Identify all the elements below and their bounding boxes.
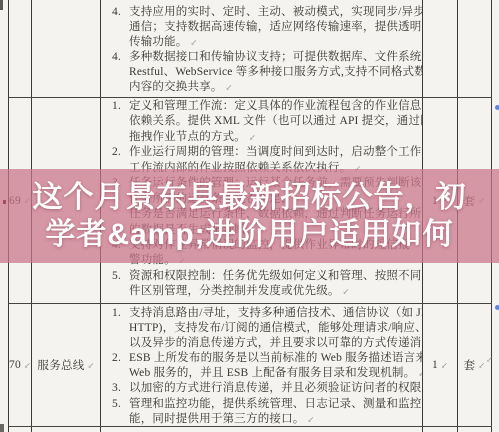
line-text: 能，同时提供用于第三方的接口。 — [129, 413, 305, 425]
table-row: 70↙服务总线↙1.支持消息路由/寻址，支持多种通信技术、通信协议（如 JMS、… — [9, 304, 492, 427]
requirement-line: 能，同时提供用于第三方的接口。↙ — [101, 412, 422, 426]
line-text: 资源和权限控制：任务优先级如何定义和管理、按照不同的条 — [129, 270, 422, 282]
requirements-cell: 1.支持消息路由/寻址，支持多种通信技术、通信协议（如 JMS、HTTP)，支持… — [101, 304, 423, 426]
return-mark-icon: ↙ — [191, 38, 198, 47]
requirement-line: 5.资源和权限控制：任务优先级如何定义和管理、按照不同的条 — [101, 269, 422, 284]
row-number-cell — [9, 427, 32, 432]
scan-speck-red — [3, 200, 6, 204]
requirement-line: 1.定义和管理工作流：定义具体的作业流程包含的作业信息以及 — [101, 99, 422, 114]
line-text: 支持消息路由/寻址，支持多种通信技术、通信协议（如 JMS、 — [129, 307, 422, 319]
return-mark-icon: ↙ — [308, 415, 315, 424]
item-name-cell: 服务总线↙ — [32, 304, 101, 426]
line-text: 作业运行周期的管理：当调度时间到达时，启动整个工作流， — [129, 146, 422, 158]
requirement-line: 4.支持应用的实时、定时、主动、被动模式，实现同步/异步消息 — [101, 5, 422, 20]
quantity-cell: 1↙ — [423, 304, 458, 426]
margin-dot-icon — [495, 305, 499, 310]
return-mark-icon: ↙ — [24, 361, 31, 370]
requirement-line: Web 服务的，并且 ESB 上配备有服务目录和发现机制。↙ — [101, 366, 422, 381]
row-number-cell — [9, 0, 32, 97]
line-text: 以加密的方式进行消息传递，并且必须验证访问者的权限。 — [129, 382, 422, 394]
line-text: ESB 上所发布的服务是以当前标准的 Web 服务描述语言来定义 — [129, 352, 422, 364]
banner-title-line-1: 这个月景东县最新招标公告，初 — [33, 179, 467, 217]
requirement-line: 通信；支持数据高速传输，适应网络传输速率，提供透明压缩 — [101, 20, 422, 35]
line-number: 4. — [112, 5, 129, 20]
line-text: 定义和管理工作流：定义具体的作业流程包含的作业信息以及 — [129, 100, 422, 112]
requirement-line: 2.作业运行周期的管理：当调度时间到达时，启动整个工作流， — [101, 145, 422, 160]
return-mark-icon: ↙ — [226, 83, 233, 92]
unit-cell — [458, 0, 492, 97]
requirements-cell: 4.支持应用的实时、定时、主动、被动模式，实现同步/异步消息通信；支持数据高速传… — [101, 0, 423, 97]
margin-dot-icon — [495, 105, 499, 110]
requirement-line: 以及异步的消息传递方式，并且要求以可靠的方式传递消息。↙ — [101, 336, 422, 351]
scan-speck-bottom-left — [0, 424, 4, 432]
requirement-line: 1.支持消息路由/寻址，支持多种通信技术、通信协议（如 JMS、 — [101, 306, 422, 321]
requirement-line: 传输功能。↙ — [101, 35, 422, 50]
requirement-line: 2.ESB 上所发布的服务是以当前标准的 Web 服务描述语言来定义 — [101, 351, 422, 366]
item-name-cell — [32, 0, 101, 97]
row-number-cell: 70↙ — [9, 304, 32, 426]
return-mark-icon: ↙ — [418, 369, 422, 378]
table-row: 4.支持应用的实时、定时、主动、被动模式，实现同步/异步消息通信；支持数据高速传… — [9, 0, 492, 98]
line-text: 内容的交换共享。 — [129, 81, 223, 93]
margin-return-mark-icon: ↙ — [486, 357, 493, 363]
table-row — [9, 427, 492, 432]
return-mark-icon: ↙ — [478, 361, 485, 370]
return-mark-icon: ↙ — [441, 361, 448, 370]
return-mark-icon: ↙ — [343, 287, 350, 296]
requirements-cell — [101, 427, 423, 432]
unit-cell: 套↙ — [458, 304, 492, 426]
line-text: 多种数据接口和传输协议支持；可提供数据库、文件系统、 — [129, 51, 422, 63]
scan-speck-top-left — [0, 0, 3, 10]
requirement-line: HTTP)，支持发布/订阅的通信模式，能够处理请求/响应、同步 — [101, 321, 422, 336]
promo-banner-overlay: 这个月景东县最新招标公告，初 学者&amp;进阶用户适用如何 — [0, 169, 499, 263]
line-number: 5. — [112, 269, 129, 284]
requirement-line: 3.以加密的方式进行消息传递，并且必须验证访问者的权限。↙ — [101, 381, 422, 396]
line-number: 1. — [112, 306, 129, 321]
requirement-line: 拖拽作业节点的方式。↙ — [101, 130, 422, 145]
quantity-cell — [423, 427, 458, 432]
requirement-line: Restful、WebService 等多种接口服务方式,支持不同格式数据 — [101, 65, 422, 80]
quantity-cell — [423, 0, 458, 97]
line-text: 通信；支持数据高速传输，适应网络传输速率，提供透明压缩 — [129, 21, 422, 33]
line-number: 3. — [112, 381, 129, 396]
line-text: 依赖关系。提供 XML 文件（也可以通过 API 提交，通过图形化 — [129, 115, 422, 127]
requirement-line: 5.管理和监控功能，提供系统管理、日志记录、测量和监控等功 — [101, 397, 422, 412]
return-mark-icon: ↙ — [249, 133, 256, 142]
item-name-cell — [32, 427, 101, 432]
line-text: 管理和监控功能，提供系统管理、日志记录、测量和监控等功 — [129, 398, 422, 410]
line-text: HTTP)，支持发布/订阅的通信模式，能够处理请求/响应、同步 — [129, 322, 422, 334]
unit-cell-text: 套 — [464, 357, 476, 373]
line-number: 2. — [112, 351, 129, 366]
line-text: Restful、WebService 等多种接口服务方式,支持不同格式数据 — [129, 66, 422, 78]
banner-title-line-2: 学者&amp;进阶用户适用如何 — [45, 216, 453, 254]
item-name-cell-text: 服务总线 — [37, 357, 84, 373]
requirement-line: 依赖关系。提供 XML 文件（也可以通过 API 提交，通过图形化 — [101, 114, 422, 129]
row-number-cell-text: 70 — [9, 359, 21, 371]
line-text: 以及异步的消息传递方式，并且要求以可靠的方式传递消息。 — [129, 337, 422, 349]
line-number: 4. — [112, 50, 129, 65]
line-text: Web 服务的，并且 ESB 上配备有服务目录和发现机制。 — [129, 367, 415, 379]
line-text: 件区别管理，分类控制并发度或优先级。 — [129, 285, 340, 297]
line-number: 1. — [112, 99, 129, 114]
requirement-line: 件区别管理，分类控制并发度或优先级。↙ — [101, 284, 422, 299]
line-text: 拖拽作业节点的方式。 — [129, 131, 246, 143]
requirement-line: 内容的交换共享。↙ — [101, 80, 422, 95]
requirement-line: 4.多种数据接口和传输协议支持；可提供数据库、文件系统、 — [101, 50, 422, 65]
line-text: 传输功能。 — [129, 36, 188, 48]
quantity-cell-text: 1 — [432, 359, 438, 371]
line-number: 5. — [112, 397, 129, 412]
line-text: 支持应用的实时、定时、主动、被动模式，实现同步/异步消息 — [129, 6, 422, 18]
return-mark-icon: ↙ — [88, 361, 95, 370]
line-number: 2. — [112, 145, 129, 160]
scanned-document-page: 4.支持应用的实时、定时、主动、被动模式，实现同步/异步消息通信；支持数据高速传… — [0, 0, 499, 432]
unit-cell — [458, 427, 492, 432]
